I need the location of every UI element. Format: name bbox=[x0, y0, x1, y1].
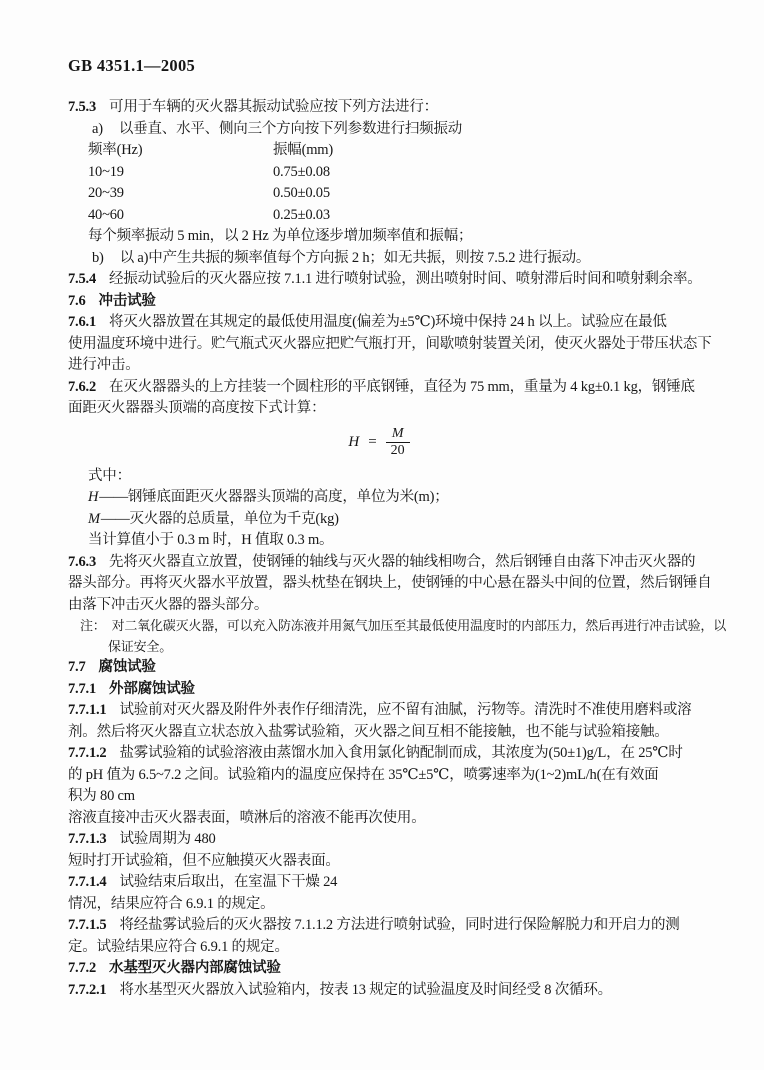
line-text: 腐蚀试验 bbox=[99, 659, 156, 675]
clause-continuation-line: 积为 80 cm bbox=[68, 786, 690, 808]
table-cell-frequency: 40~60 bbox=[88, 207, 124, 223]
line-text: 在灭火器器头的上方挂装一个圆柱形的平底钢锤，直径为 75 mm，重量为 4 kg… bbox=[109, 379, 695, 395]
line-text: 溶液直接冲击灭火器表面，喷淋后的溶液不能再次使用。 bbox=[68, 810, 426, 826]
note-continuation-line: 保证安全。 bbox=[68, 637, 690, 658]
table-cell-frequency: 频率(Hz) bbox=[88, 142, 142, 158]
standard-number-header: GB 4351.1—2005 bbox=[68, 56, 195, 76]
clause-continuation-line: 面距灭火器器头顶端的高度按下式计算： bbox=[68, 398, 690, 420]
table-cell-frequency: 10~19 bbox=[88, 164, 124, 180]
line-text: 由落下冲击灭火器的器头部分。 bbox=[68, 597, 268, 613]
formula: H=M20 bbox=[68, 420, 690, 466]
line-text: 以垂直、水平、侧向三个方向按下列参数进行扫频振动 bbox=[119, 121, 462, 137]
clause-line: 7.7.1.1试验前对灭火器及附件外表作仔细清洗，应不留有油腻，污物等。清洗时不… bbox=[68, 700, 690, 722]
line-text: 保证安全。 bbox=[108, 639, 172, 654]
indent-line: 每个频率振动 5 min，以 2 Hz 为单位逐步增加频率值和振幅； bbox=[68, 226, 690, 248]
line-text: 短时打开试验箱，但不应触摸灭火器表面。 bbox=[68, 853, 340, 869]
clause-number: 7.7.1 bbox=[68, 681, 96, 697]
line-text: 进行冲击。 bbox=[68, 357, 140, 373]
clause-number: 7.7 bbox=[68, 659, 86, 675]
table-cell-amplitude: 振幅(mm) bbox=[273, 140, 333, 162]
line-text: 将灭火器放置在其规定的最低使用温度(偏差为±5℃)环境中保持 24 h 以上。试… bbox=[109, 314, 667, 330]
clause-continuation-line: 的 pH 值为 6.5~7.2 之间。试验箱内的温度应保持在 35℃±5℃，喷雾… bbox=[68, 765, 690, 787]
vibration-table-row: 40~600.25±0.03 bbox=[68, 205, 690, 227]
line-text: 情况，结果应符合 6.9.1 的规定。 bbox=[68, 896, 274, 912]
line-text: 试验周期为 480 bbox=[119, 831, 215, 847]
clause-line: 7.7.1.5将经盐雾试验后的灭火器按 7.1.1.2 方法进行喷射试验，同时进… bbox=[68, 915, 690, 937]
section-heading: 7.7.1外部腐蚀试验 bbox=[68, 679, 690, 701]
clause-number: 7.7.1.1 bbox=[68, 702, 106, 718]
note-line: 注：对二氧化碳灭火器，可以充入防冻液并用氮气加压至其最低使用温度时的内部压力，然… bbox=[68, 616, 690, 637]
clause-continuation-line: 由落下冲击灭火器的器头部分。 bbox=[68, 595, 690, 617]
clause-line: 7.7.2.1将水基型灭火器放入试验箱内，按表 13 规定的试验温度及时间经受 … bbox=[68, 980, 690, 1002]
formula-equals-sign: = bbox=[368, 434, 376, 451]
clause-line: 7.5.3可用于车辆的灭火器其振动试验应按下列方法进行： bbox=[68, 97, 690, 119]
clause-line: 7.5.4经振动试验后的灭火器应按 7.1.1 进行喷射试验，测出喷射时间、喷射… bbox=[68, 269, 690, 291]
table-cell-amplitude: 0.25±0.03 bbox=[273, 205, 330, 227]
formula-fraction: M20 bbox=[386, 426, 410, 459]
indent-line: 当计算值小于 0.3 m 时，H 值取 0.3 m。 bbox=[68, 530, 690, 552]
line-text: 剂。然后将灭火器直立状态放入盐雾试验箱，灭火器之间互相不能接触，也不能与试验箱接… bbox=[68, 724, 669, 740]
clause-number: 7.6.1 bbox=[68, 314, 96, 330]
indent-line: 式中： bbox=[68, 466, 690, 488]
section-heading: 7.6冲击试验 bbox=[68, 291, 690, 313]
clause-number: 7.7.1.4 bbox=[68, 874, 106, 890]
line-text: 盐雾试验箱的试验溶液由蒸馏水加入食用氯化钠配制而成，其浓度为(50±1)g/L，… bbox=[119, 745, 682, 761]
vibration-table-row: 20~390.50±0.05 bbox=[68, 183, 690, 205]
clause-line: 7.6.1将灭火器放置在其规定的最低使用温度(偏差为±5℃)环境中保持 24 h… bbox=[68, 312, 690, 334]
clause-number: 7.7.1.3 bbox=[68, 831, 106, 847]
line-text: 积为 80 cm bbox=[68, 788, 135, 804]
table-cell-frequency: 20~39 bbox=[88, 185, 124, 201]
clause-continuation-line: 剂。然后将灭火器直立状态放入盐雾试验箱，灭火器之间互相不能接触，也不能与试验箱接… bbox=[68, 722, 690, 744]
line-text: 的 pH 值为 6.5~7.2 之间。试验箱内的温度应保持在 35℃±5℃，喷雾… bbox=[68, 767, 658, 783]
line-text: 试验结束后取出，在室温下干燥 24 bbox=[119, 874, 337, 890]
line-text: 当计算值小于 0.3 m 时，H 值取 0.3 m。 bbox=[88, 532, 333, 548]
list-item-line: a)以垂直、水平、侧向三个方向按下列参数进行扫频振动 bbox=[68, 119, 690, 141]
clause-number: 7.6 bbox=[68, 293, 86, 309]
variable-definition-line: H——钢锤底面距灭火器器头顶端的高度，单位为米(m)； bbox=[68, 487, 690, 509]
clause-number: 7.5.3 bbox=[68, 99, 96, 115]
line-text: 式中： bbox=[88, 468, 131, 484]
clause-number: a) bbox=[92, 121, 103, 137]
line-text: 每个频率振动 5 min，以 2 Hz 为单位逐步增加频率值和振幅； bbox=[88, 228, 472, 244]
clause-number: 7.7.2.1 bbox=[68, 982, 106, 998]
clause-number: 7.6.2 bbox=[68, 379, 96, 395]
line-text: 可用于车辆的灭火器其振动试验应按下列方法进行： bbox=[109, 99, 438, 115]
line-text: 试验前对灭火器及附件外表作仔细清洗，应不留有油腻，污物等。清洗时不准使用磨料或溶 bbox=[119, 702, 691, 718]
list-item-line: b)以 a)中产生共振的频率值每个方向振 2 h；如无共振，则按 7.5.2 进… bbox=[68, 248, 690, 270]
line-text: 面距灭火器器头顶端的高度按下式计算： bbox=[68, 400, 325, 416]
line-text: 使用温度环境中进行。贮气瓶式灭火器应把贮气瓶打开，间歇喷射装置关闭，使灭火器处于… bbox=[68, 336, 712, 352]
clause-line: 7.7.1.2盐雾试验箱的试验溶液由蒸馏水加入食用氯化钠配制而成，其浓度为(50… bbox=[68, 743, 690, 765]
line-text: 冲击试验 bbox=[99, 293, 156, 309]
section-heading: 7.7.2水基型灭火器内部腐蚀试验 bbox=[68, 958, 690, 980]
line-text: 水基型灭火器内部腐蚀试验 bbox=[109, 960, 281, 976]
line-text: 经振动试验后的灭火器应按 7.1.1 进行喷射试验，测出喷射时间、喷射滞后时间和… bbox=[109, 271, 702, 287]
line-text: 定。试验结果应符合 6.9.1 的规定。 bbox=[68, 939, 289, 955]
formula-variable: M bbox=[88, 511, 100, 527]
clause-continuation-line: 溶液直接冲击灭火器表面，喷淋后的溶液不能再次使用。 bbox=[68, 808, 690, 830]
clause-number: b) bbox=[92, 250, 104, 266]
line-text: 先将灭火器直立放置，使钢锤的轴线与灭火器的轴线相吻合，然后钢锤自由落下冲击灭火器… bbox=[109, 554, 695, 570]
clause-line: 7.7.1.3试验周期为 480 bbox=[68, 829, 690, 851]
clause-continuation-line: 情况，结果应符合 6.9.1 的规定。 bbox=[68, 894, 690, 916]
section-heading: 7.7腐蚀试验 bbox=[68, 657, 690, 679]
clause-number: 7.5.4 bbox=[68, 271, 96, 287]
formula-lhs: H bbox=[348, 434, 359, 451]
vibration-table-row: 频率(Hz)振幅(mm) bbox=[68, 140, 690, 162]
clause-continuation-line: 器头部分。再将灭火器水平放置，器头枕垫在钢块上，使钢锤的中心悬在器头中间的位置，… bbox=[68, 573, 690, 595]
document-body: 7.5.3可用于车辆的灭火器其振动试验应按下列方法进行：a)以垂直、水平、侧向三… bbox=[68, 97, 690, 1001]
formula-numerator: M bbox=[386, 426, 410, 442]
variable-definition-line: M——灭火器的总质量，单位为千克(kg) bbox=[68, 509, 690, 531]
clause-number: 7.7.2 bbox=[68, 960, 96, 976]
line-text: 对二氧化碳灭火器，可以充入防冻液并用氮气加压至其最低使用温度时的内部压力，然后再… bbox=[112, 618, 726, 633]
vibration-table-row: 10~190.75±0.08 bbox=[68, 162, 690, 184]
line-text: ——灭火器的总质量，单位为千克(kg) bbox=[101, 511, 339, 527]
clause-continuation-line: 使用温度环境中进行。贮气瓶式灭火器应把贮气瓶打开，间歇喷射装置关闭，使灭火器处于… bbox=[68, 334, 690, 356]
line-text: 器头部分。再将灭火器水平放置，器头枕垫在钢块上，使钢锤的中心悬在器头中间的位置，… bbox=[68, 575, 712, 591]
clause-line: 7.6.3先将灭火器直立放置，使钢锤的轴线与灭火器的轴线相吻合，然后钢锤自由落下… bbox=[68, 552, 690, 574]
clause-continuation-line: 短时打开试验箱，但不应触摸灭火器表面。 bbox=[68, 851, 690, 873]
line-text: 将经盐雾试验后的灭火器按 7.1.1.2 方法进行喷射试验，同时进行保险解脱力和… bbox=[119, 917, 679, 933]
table-cell-amplitude: 0.50±0.05 bbox=[273, 183, 330, 205]
clause-line: 7.6.2在灭火器器头的上方挂装一个圆柱形的平底钢锤，直径为 75 mm，重量为… bbox=[68, 377, 690, 399]
line-text: 以 a)中产生共振的频率值每个方向振 2 h；如无共振，则按 7.5.2 进行振… bbox=[120, 250, 591, 266]
formula-denominator: 20 bbox=[386, 442, 410, 459]
line-text: 将水基型灭火器放入试验箱内，按表 13 规定的试验温度及时间经受 8 次循环。 bbox=[119, 982, 611, 998]
document-page: GB 4351.1—2005 7.5.3可用于车辆的灭火器其振动试验应按下列方法… bbox=[0, 0, 764, 1070]
clause-number: 7.7.1.2 bbox=[68, 745, 106, 761]
clause-number: 7.7.1.5 bbox=[68, 917, 106, 933]
clause-number: 7.6.3 bbox=[68, 554, 96, 570]
clause-line: 7.7.1.4试验结束后取出，在室温下干燥 24 bbox=[68, 872, 690, 894]
line-text: ——钢锤底面距灭火器器头顶端的高度，单位为米(m)； bbox=[99, 489, 448, 505]
clause-number: 注： bbox=[80, 618, 106, 633]
clause-continuation-line: 定。试验结果应符合 6.9.1 的规定。 bbox=[68, 937, 690, 959]
formula-variable: H bbox=[88, 489, 98, 505]
line-text: 外部腐蚀试验 bbox=[109, 681, 195, 697]
table-cell-amplitude: 0.75±0.08 bbox=[273, 162, 330, 184]
clause-continuation-line: 进行冲击。 bbox=[68, 355, 690, 377]
